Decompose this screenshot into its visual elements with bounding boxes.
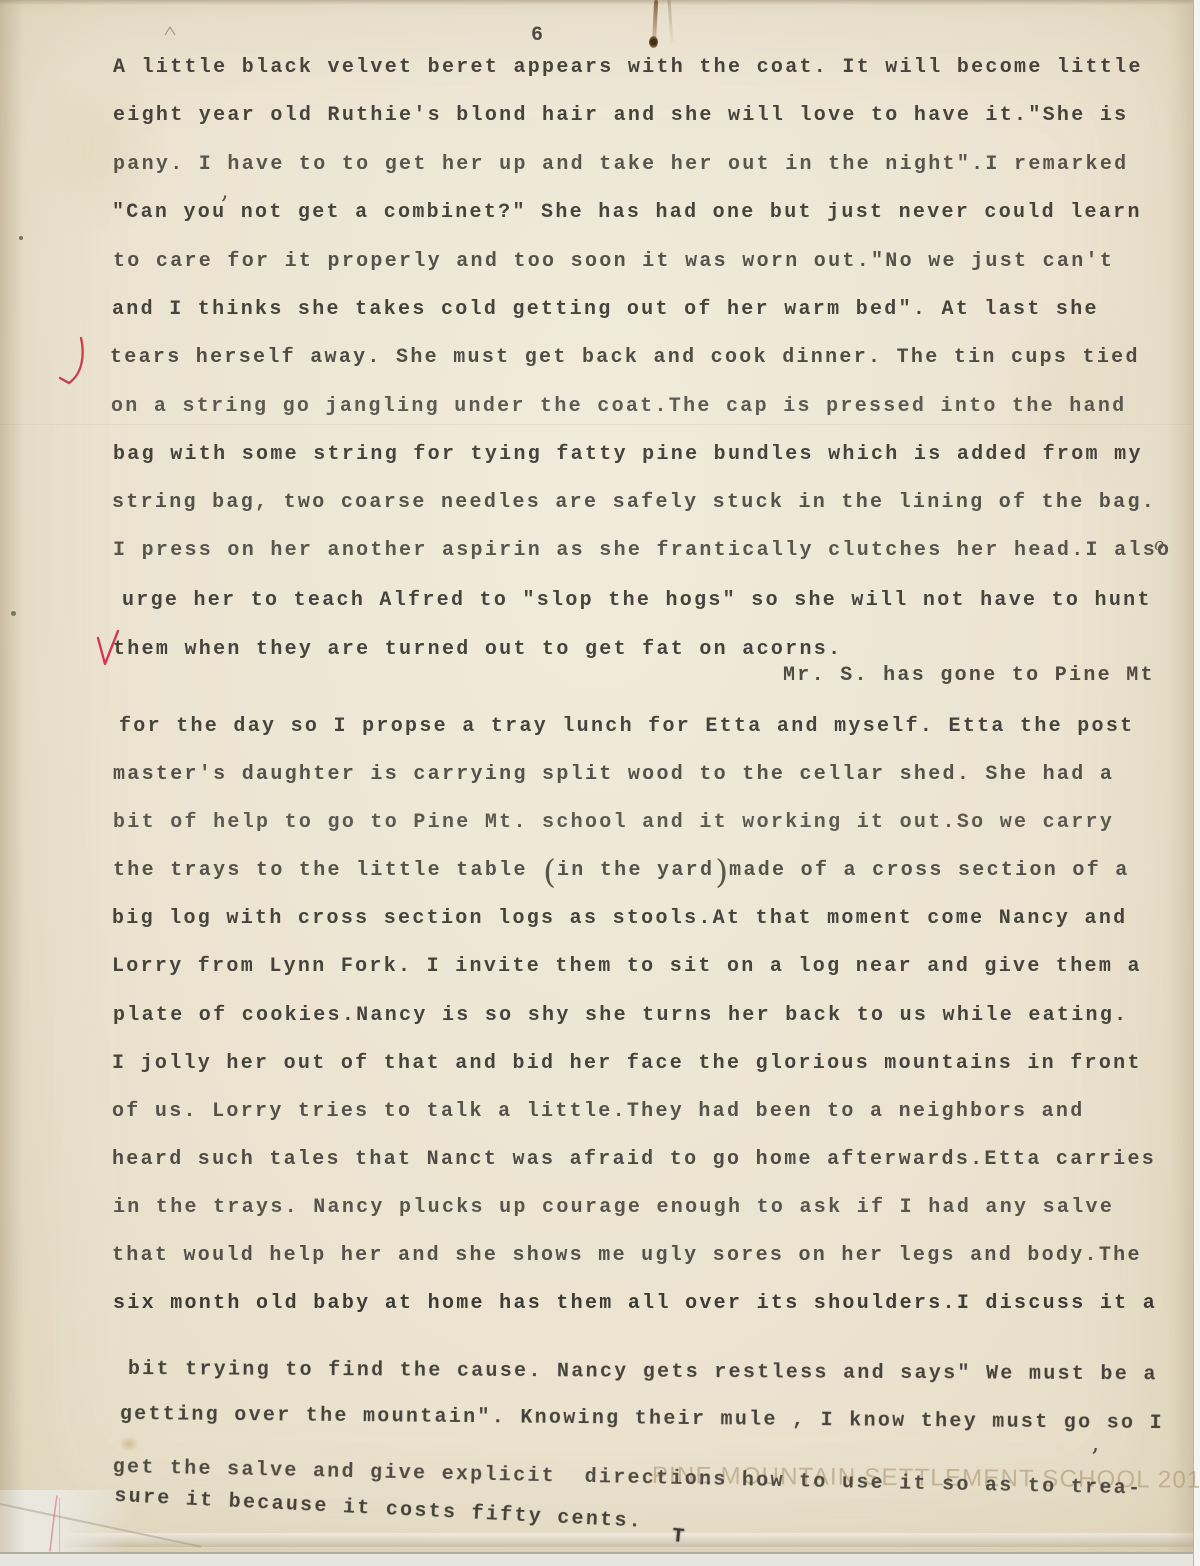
typed-line: bag with some string for tying fatty pin… xyxy=(113,442,1143,468)
typed-line: string bag, two coarse needles are safel… xyxy=(112,490,1156,516)
typed-line-text: master's daughter is carrying split wood… xyxy=(113,763,1114,786)
red-line-mark xyxy=(46,1494,62,1554)
typed-line: tears herself away. She must get back an… xyxy=(110,345,1140,371)
ink-blotch-dot xyxy=(649,36,658,48)
dust-speck xyxy=(19,236,23,240)
typed-line: urge her to teach Alfred to "slop the ho… xyxy=(122,588,1152,614)
typed-line: them when they are turned out to get fat… xyxy=(113,637,842,663)
typed-line-text: eight year old Ruthie's blond hair and s… xyxy=(113,104,1128,127)
typed-line: Mr. S. has gone to Pine Mt xyxy=(783,663,1155,689)
scanner-background-strip xyxy=(0,1552,1193,1566)
typed-line: of us. Lorry tries to talk a little.They… xyxy=(112,1099,1085,1125)
paper-stain xyxy=(119,1436,139,1452)
typed-line-text: of us. Lorry tries to talk a little.They… xyxy=(112,1100,1085,1123)
typed-line-text: on a string go jangling under the coat.T… xyxy=(111,395,1126,418)
red-hook-mark xyxy=(56,336,90,392)
typed-line: heard such tales that Nanct was afraid t… xyxy=(112,1147,1156,1173)
dust-speck xyxy=(11,611,16,616)
handwritten-mark: ) xyxy=(715,852,728,891)
page-number: 6 xyxy=(531,24,545,47)
typed-line: eight year old Ruthie's blond hair and s… xyxy=(113,103,1128,129)
typed-line-text: made of a cross section of a xyxy=(729,859,1129,882)
typed-line: I jolly her out of that and bid her face… xyxy=(112,1051,1142,1077)
typed-line-text: string bag, two coarse needles are safel… xyxy=(112,491,1156,514)
handwritten-mark: T xyxy=(671,1524,688,1551)
typed-line-text: tears herself away. She must get back an… xyxy=(110,346,1140,369)
typed-line: in the trays. Nancy plucks up courage en… xyxy=(113,1195,1114,1221)
paper-edge-shadow xyxy=(0,0,1193,5)
typed-line-text: I press on her another aspirin as she fr… xyxy=(113,539,1171,562)
typed-line: pany. I have to to get her up and take h… xyxy=(113,152,1128,178)
typed-line-text: Lorry from Lynn Fork. I invite them to s… xyxy=(112,955,1142,978)
typed-line-text: I jolly her out of that and bid her face… xyxy=(112,1052,1142,1075)
handwritten-mark: ( xyxy=(543,852,556,891)
typed-line-text: the trays to the little table xyxy=(113,859,542,882)
typed-line-text: "Can you not get a combinet?" She has ha… xyxy=(112,201,1142,224)
handwritten-mark: o xyxy=(1154,535,1164,555)
paper-edge-shadow xyxy=(0,0,24,1552)
typed-line-text: bit trying to find the cause. Nancy gets… xyxy=(128,1358,1158,1386)
typed-line: on a string go jangling under the coat.T… xyxy=(111,394,1126,420)
scanner-background-strip xyxy=(1193,0,1200,1566)
typed-line-text: bit of help to go to Pine Mt. school and… xyxy=(113,811,1114,834)
typed-line-text: heard such tales that Nanct was afraid t… xyxy=(112,1148,1156,1171)
red-check-mark xyxy=(95,628,121,670)
typed-line: and I thinks she takes cold getting out … xyxy=(112,297,1099,323)
typed-line: Lorry from Lynn Fork. I invite them to s… xyxy=(112,954,1142,980)
typed-line-text: and I thinks she takes cold getting out … xyxy=(112,298,1099,321)
typed-line-text: in the trays. Nancy plucks up courage en… xyxy=(113,1196,1114,1219)
typed-line: A little black velvet beret appears with… xyxy=(113,55,1143,81)
typed-line-text: for the day so I propse a tray lunch for… xyxy=(119,715,1134,738)
scanned-typewritten-page: { "scan": { "page_number": "6", "waterma… xyxy=(0,0,1200,1566)
typed-line: for the day so I propse a tray lunch for… xyxy=(119,714,1134,740)
typed-line-text: urge her to teach Alfred to "slop the ho… xyxy=(122,589,1152,612)
typed-line-text: big log with cross section logs as stool… xyxy=(112,907,1127,930)
typed-line-text: Mr. S. has gone to Pine Mt xyxy=(783,664,1155,687)
typed-line: "Can you not get a combinet?" She has ha… xyxy=(112,200,1142,226)
typed-line-text: bag with some string for tying fatty pin… xyxy=(113,443,1143,466)
typed-line: bit trying to find the cause. Nancy gets… xyxy=(128,1357,1158,1388)
typed-line: to care for it properly and too soon it … xyxy=(113,249,1114,275)
typed-line-text: A little black velvet beret appears with… xyxy=(113,56,1143,79)
typed-line-text: six month old baby at home has them all … xyxy=(113,1292,1157,1315)
typed-line: the trays to the little table (in the ya… xyxy=(113,858,1130,885)
typed-line-text: in the yard xyxy=(557,859,714,882)
typed-line: master's daughter is carrying split wood… xyxy=(113,762,1114,788)
typed-line-text: to care for it properly and too soon it … xyxy=(113,250,1114,273)
handwritten-mark: , xyxy=(1092,1428,1100,1456)
typed-line: plate of cookies.Nancy is so shy she tur… xyxy=(113,1003,1128,1029)
typed-line: that would help her and she shows me ugl… xyxy=(112,1243,1142,1269)
typed-line: big log with cross section logs as stool… xyxy=(112,906,1127,932)
typed-line: six month old baby at home has them all … xyxy=(113,1291,1157,1317)
paper-crease xyxy=(0,424,1193,426)
typed-line-text: them when they are turned out to get fat… xyxy=(113,638,842,661)
typed-line-text: plate of cookies.Nancy is so shy she tur… xyxy=(113,1004,1128,1027)
typed-line: bit of help to go to Pine Mt. school and… xyxy=(113,810,1114,836)
pencil-caret-mark xyxy=(164,26,176,36)
paper-edge-shadow xyxy=(1168,0,1193,1552)
typed-line-text: pany. I have to to get her up and take h… xyxy=(113,153,1128,176)
typed-line-text: that would help her and she shows me ugl… xyxy=(112,1244,1142,1267)
typed-line: I press on her another aspirin as she fr… xyxy=(113,538,1171,564)
